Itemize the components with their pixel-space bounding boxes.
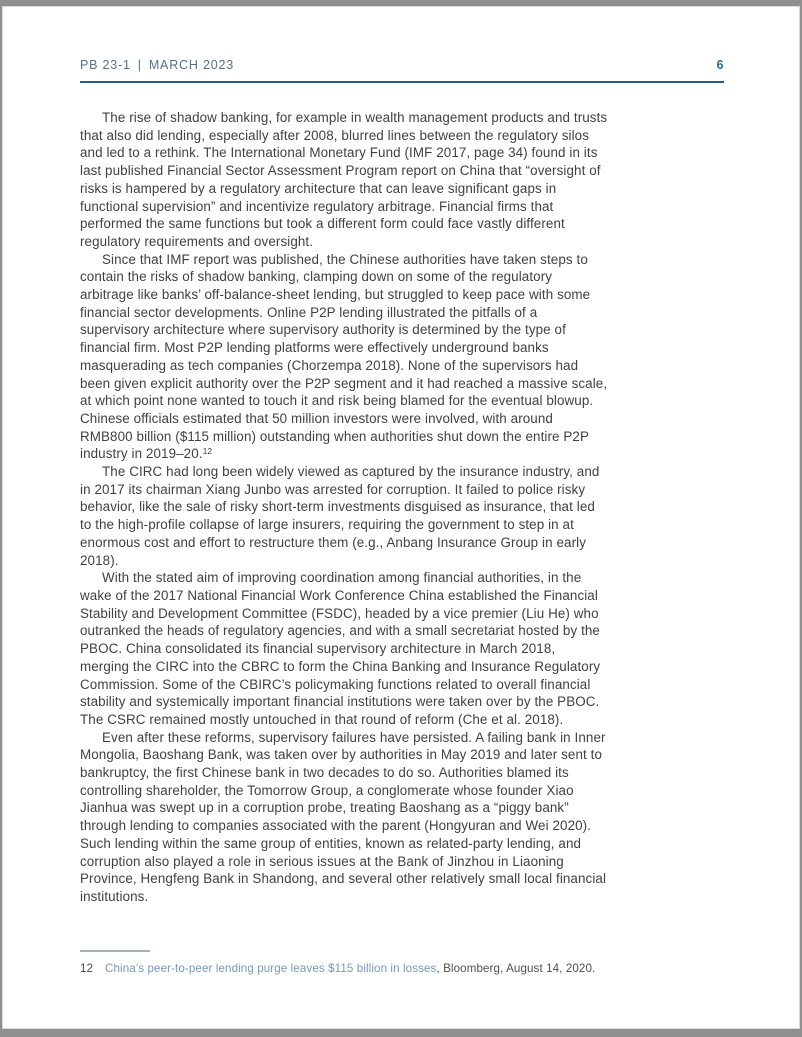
footnote-reference-marker: 12 — [203, 446, 212, 456]
issue-date: MARCH 2023 — [149, 58, 234, 72]
document-page: PB 23-1|MARCH 2023 6 The rise of shadow … — [2, 6, 800, 1029]
paragraph-text: Even after these reforms, supervisory fa… — [80, 730, 606, 904]
paragraph-text: The rise of shadow banking, for example … — [80, 110, 607, 249]
page-header: PB 23-1|MARCH 2023 6 — [80, 58, 724, 72]
paragraph: The CIRC had long been widely viewed as … — [80, 463, 608, 569]
footnote-separator — [80, 950, 150, 952]
publication-id: PB 23-1 — [80, 58, 131, 72]
paragraph: The rise of shadow banking, for example … — [80, 109, 608, 251]
body-text-column: The rise of shadow banking, for example … — [80, 109, 608, 906]
header-rule — [80, 81, 724, 83]
footnote: 12 China’s peer-to-peer lending purge le… — [80, 962, 700, 976]
footnote-number: 12 — [80, 962, 105, 976]
page-number: 6 — [717, 58, 724, 72]
paragraph: Even after these reforms, supervisory fa… — [80, 729, 608, 906]
footnote-source-link[interactable]: China’s peer-to-peer lending purge leave… — [105, 962, 436, 975]
paragraph-text: Since that IMF report was published, the… — [80, 252, 607, 462]
footnote-text: China’s peer-to-peer lending purge leave… — [105, 962, 595, 976]
header-divider: | — [138, 58, 142, 72]
paragraph-text: The CIRC had long been widely viewed as … — [80, 464, 599, 568]
document-viewport: PB 23-1|MARCH 2023 6 The rise of shadow … — [0, 0, 802, 1037]
footnote-citation-suffix: , Bloomberg, August 14, 2020. — [436, 962, 595, 975]
paragraph: Since that IMF report was published, the… — [80, 251, 608, 463]
paragraph-text: With the stated aim of improving coordin… — [80, 570, 600, 727]
running-head: PB 23-1|MARCH 2023 — [80, 58, 234, 72]
paragraph: With the stated aim of improving coordin… — [80, 569, 608, 728]
